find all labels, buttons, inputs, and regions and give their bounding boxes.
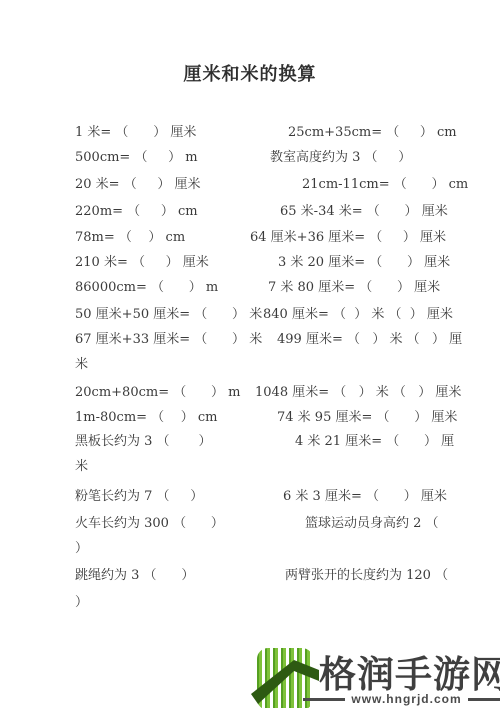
site-url-row: www.hngrjd.com [321,692,500,706]
question-right: 4 米 21 厘米= （ ） 厘 [295,430,454,449]
question-left: 500cm= （ ） m [75,146,198,165]
worksheet-line: 20cm+80cm= （ ） m 1048 厘米= （ ） 米 （ ） 厘米 [0,381,500,399]
question-right: 篮球运动员身高约 2 （ [305,512,439,531]
worksheet-line: 500cm= （ ） m 教室高度约为 3 （ ） [0,146,500,164]
question-left: 20cm+80cm= （ ） m [75,381,240,400]
question-left: 50 厘米+50 厘米= （ ） 米 [75,303,262,322]
question-right: 两臂张开的长度约为 120 （ [285,564,448,583]
page-title: 厘米和米的换算 [0,60,500,86]
question-right: 7 米 80 厘米= （ ） 厘米 [268,276,440,295]
worksheet-line: 67 厘米+33 厘米= （ ） 米 499 厘米= （ ） 米 （ ） 厘 [0,328,500,346]
worksheet-line-wrap: 米 [0,455,500,473]
worksheet-line: 1m-80cm= （ ） cm 74 米 95 厘米= （ ） 厘米 [0,406,500,424]
worksheet-line-wrap: ） [0,591,500,609]
worksheet-line: 黑板长约为 3 （ ） 4 米 21 厘米= （ ） 厘 [0,430,500,448]
question-right: 21cm-11cm= （ ） cm [302,173,468,192]
worksheet-line-wrap: 米 [0,353,500,371]
question-left: 20 米= （ ） 厘米 [75,173,201,192]
url-divider-right [468,698,500,701]
question-right: 499 厘米= （ ） 米 （ ） 厘 [277,328,462,347]
url-divider-left [303,698,345,701]
question-left: 220m= （ ） cm [75,200,198,219]
question-left: 78m= （ ） cm [75,226,185,245]
question-left: 67 厘米+33 厘米= （ ） 米 [75,328,262,347]
worksheet-line-wrap: ） [0,537,500,555]
site-watermark-logo[interactable]: 格润手游网 www.hngrjd.com [257,646,500,708]
worksheet-line: 火车长约为 300 （ ） 篮球运动员身高约 2 （ [0,512,500,530]
worksheet-line: 86000cm= （ ） m 7 米 80 厘米= （ ） 厘米 [0,276,500,294]
question-right: 74 米 95 厘米= （ ） 厘米 [277,406,457,425]
worksheet-line: 220m= （ ） cm 65 米-34 米= （ ） 厘米 [0,200,500,218]
wrapped-character: ） [75,591,88,610]
question-left: 1m-80cm= （ ） cm [75,406,217,425]
worksheet-line: 粉笔长约为 7 （ ） 6 米 3 厘米= （ ） 厘米 [0,485,500,503]
question-left: 黑板长约为 3 （ ） [75,430,211,449]
worksheet-line: 1 米= （ ） 厘米 25cm+35cm= （ ） cm [0,121,500,139]
question-left: 1 米= （ ） 厘米 [75,121,196,140]
question-left: 210 米= （ ） 厘米 [75,251,209,270]
wrapped-character: ） [75,537,88,556]
question-left: 跳绳约为 3 （ ） [75,564,194,583]
question-left: 粉笔长约为 7 （ ） [75,485,203,504]
site-url: www.hngrjd.com [351,692,461,706]
question-left: 火车长约为 300 （ ） [75,512,224,531]
worksheet-line: 210 米= （ ） 厘米 3 米 20 厘米= （ ） 厘米 [0,251,500,269]
question-left: 86000cm= （ ） m [75,276,218,295]
question-right: 840 厘米= （ ） 米 （ ） 厘米 [263,303,453,322]
worksheet-line: 50 厘米+50 厘米= （ ） 米 840 厘米= （ ） 米 （ ） 厘米 [0,303,500,321]
worksheet-line: 跳绳约为 3 （ ） 两臂张开的长度约为 120 （ [0,564,500,582]
site-name: 格润手游网 [319,644,500,698]
question-right: 1048 厘米= （ ） 米 （ ） 厘米 [255,381,461,400]
worksheet-page: 厘米和米的换算 1 米= （ ） 厘米 25cm+35cm= （ ） cm 50… [0,0,500,708]
wrapped-character: 米 [75,353,88,372]
question-right: 3 米 20 厘米= （ ） 厘米 [278,251,450,270]
question-right: 64 厘米+36 厘米= （ ） 厘米 [250,226,446,245]
worksheet-line: 78m= （ ） cm 64 厘米+36 厘米= （ ） 厘米 [0,226,500,244]
question-right: 6 米 3 厘米= （ ） 厘米 [283,485,447,504]
worksheet-line: 20 米= （ ） 厘米 21cm-11cm= （ ） cm [0,173,500,191]
question-right: 教室高度约为 3 （ ） [270,146,411,165]
question-right: 65 米-34 米= （ ） 厘米 [280,200,448,219]
wrapped-character: 米 [75,455,88,474]
question-right: 25cm+35cm= （ ） cm [288,121,457,140]
